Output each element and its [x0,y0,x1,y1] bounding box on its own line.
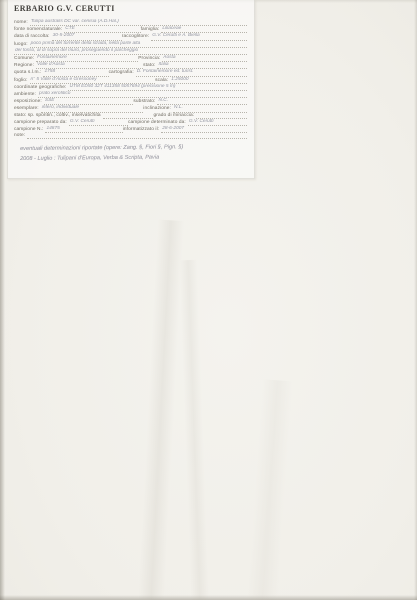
form-row: campione N.:14875informatizzato il:28-6-… [14,126,247,133]
form-row: ambiente:prato xerofitico [14,91,247,98]
form-row: Comune:FontainemoreProvincia:Aosta [14,55,247,62]
label-form: nome:Tulipa australis DC var. cenisia (A… [14,19,247,139]
form-row: Regione:Valle d'Aostastato:Italia [14,62,247,69]
field-value: poco prima del torrente della strada, ne… [30,41,247,48]
field-value: D. Fontainemore ed. turist. [136,69,247,76]
paper-crease [179,260,209,600]
paper-crease [247,379,292,600]
field-value: n° 5 Valle d'Aosta e Gressoney [30,77,156,84]
field-value: CTE [64,26,140,33]
note-line: 2008 - Luglio : Tulipani d'Europa, Verba… [20,152,247,164]
field-value: G.V. Cerutti [188,119,247,126]
field-value: SSE [44,98,134,105]
field-label: ambiente: [14,92,38,98]
form-row: luogo:poco prima del torrente della stra… [14,41,247,48]
field-value: 30-5-2007 [52,33,122,40]
field-label: note: [14,133,27,139]
field-value: prato xerofitico [38,91,247,98]
field-value: 28-6-2007 [161,126,247,133]
form-row: campione preparato da:G.V. Cerutticampio… [14,119,247,126]
scanned-herbarium-sheet: ERBARIO G.V. CERUTTI nome:Tulipa austral… [0,0,417,600]
field-value: Fontainemore [36,55,138,62]
field-value: Italia [157,62,247,69]
field-value: N.C. [157,98,247,105]
form-row: nome:Tulipa australis DC var. cenisia (A… [14,19,247,26]
field-label: Regione: [14,63,36,69]
form-row: esposizione:SSEsubstrato:N.C. [14,98,247,105]
field-value: Liliaceae [161,26,247,33]
field-value: N.L. [173,105,247,112]
paper-crease [138,220,184,600]
field-value: Valle d'Aosta [36,62,143,69]
field-value: intero, individuale [41,105,144,112]
page-title: ERBARIO G.V. CERUTTI [14,4,247,13]
field-label: informatizzato il: [123,127,161,133]
field-value: G.V. Cerutti [69,119,128,126]
field-label: nome: [14,20,30,26]
field-value: Aosta [162,55,247,62]
field-label: Comune: [14,56,36,62]
field-value: del fosso, al di sopra del muro, prosegu… [14,48,247,55]
field-value: UTM ED50 32T 411358 5057694 (precisione … [68,84,247,91]
form-row: coordinate geografiche:UTM ED50 32T 4113… [14,84,247,91]
form-row: note: [14,133,247,139]
field-value: Tulipa australis DC var. cenisia (A.D.Ha… [30,19,247,26]
form-row: esemplare:intero, individualeinclinazion… [14,105,247,112]
field-value: G.V. Cerutti e A. Biella [151,33,247,40]
form-row: data di raccolta:30-5-2007raccoglitore:G… [14,33,247,40]
herbarium-label-card: ERBARIO G.V. CERUTTI nome:Tulipa austral… [7,0,255,179]
field-value: 1:25000 [170,77,247,84]
field-value: 1758 [43,69,108,76]
form-row: del fosso, al di sopra del muro, prosegu… [14,48,247,55]
form-row: fonte nomenclaturale:CTEfamiglia:Liliace… [14,26,247,33]
form-row: quota s.l.m.:1758cartografia:D. Fontaine… [14,69,247,76]
handwritten-notes: eventuali determinazioni riportate (oper… [14,144,247,164]
field-label: foglio: [14,78,30,84]
field-value: 14875 [45,126,122,133]
field-label: esposizione: [14,99,44,105]
form-row: foglio:n° 5 Valle d'Aosta e Gressoneysca… [14,77,247,84]
field-value [27,138,247,139]
